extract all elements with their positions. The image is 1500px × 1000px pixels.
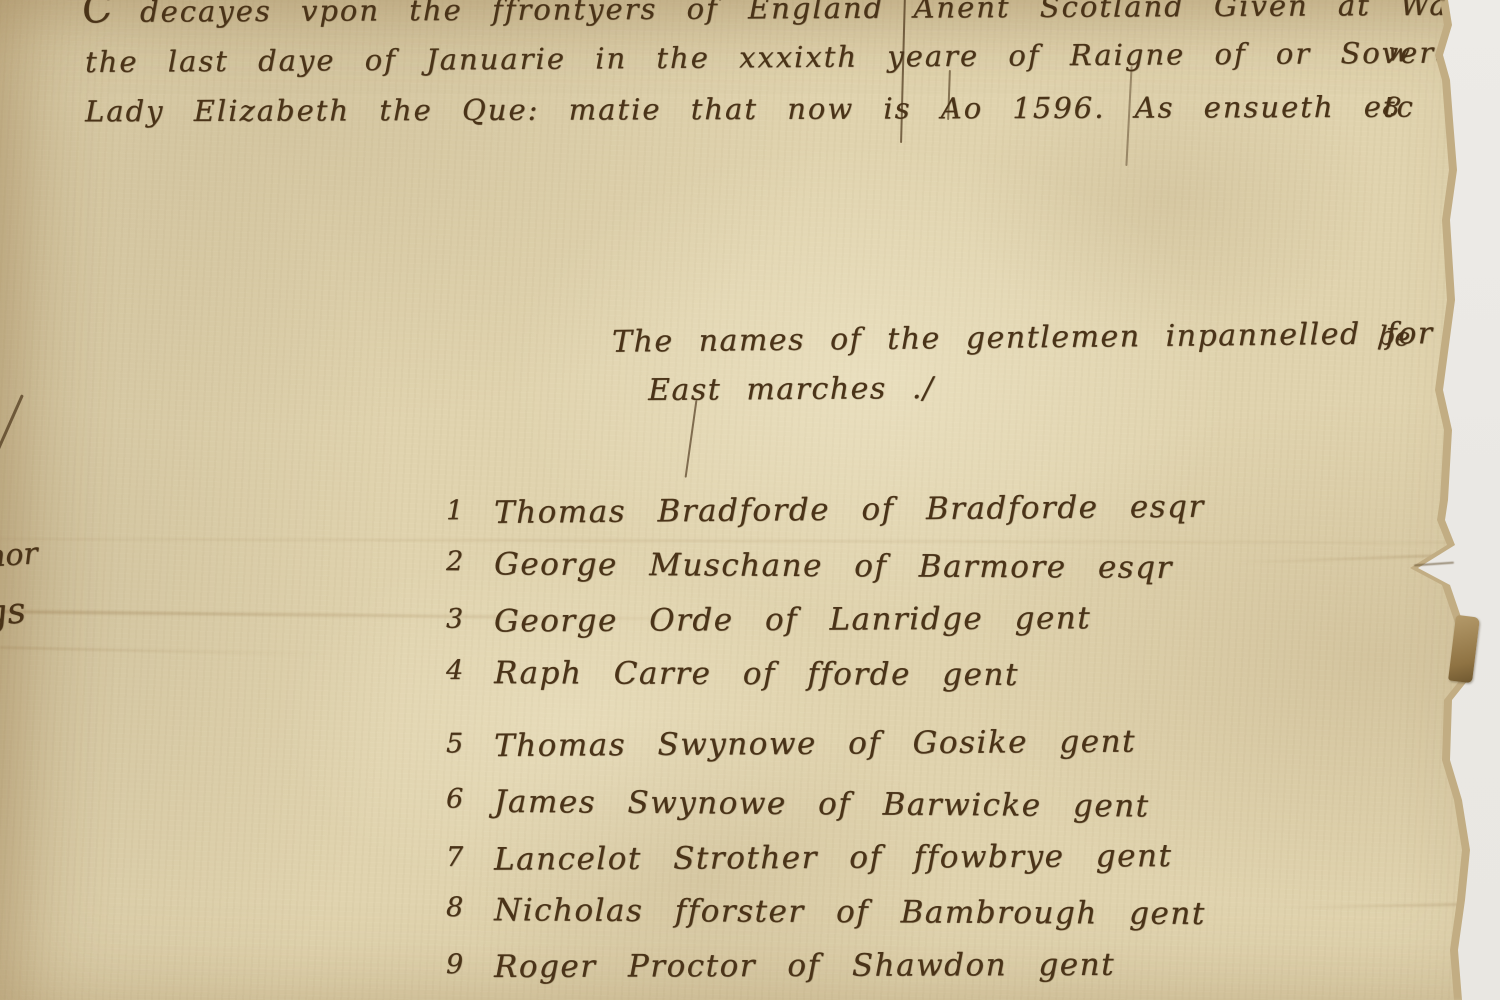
list-heading-line-2: East marches ./ [648, 371, 935, 408]
item-text: George Orde of Lanridge gent [494, 600, 1091, 639]
item-text: George Muschane of Barmore esqr [494, 546, 1173, 586]
item-text: Thomas Swynowe of Gosike gent [494, 724, 1136, 764]
margin-fragment-right: þe [1377, 321, 1411, 353]
item-number: 8 [446, 892, 494, 928]
manuscript-scan: C decayes vpon the ffrontyers of England… [0, 0, 1500, 1000]
item-number: 5 [446, 728, 494, 764]
item-number: 3 [446, 603, 494, 639]
item-number: 6 [446, 784, 494, 820]
list-item: 6 James Swynowe of Barwicke gent [446, 784, 1150, 825]
list-item: 2 George Muschane of Barmore esqr [446, 546, 1173, 586]
item-text: James Swynowe of Barwicke gent [494, 784, 1150, 825]
header-line-3: Lady Elizabeth the Que: matie that now i… [85, 90, 1415, 129]
item-text: Lancelot Strother of ffowbrye gent [494, 838, 1173, 878]
item-text: Raph Carre of fforde gent [494, 655, 1019, 693]
item-number: 1 [446, 495, 494, 531]
item-number: 2 [446, 546, 494, 582]
list-item: 7 Lancelot Strother of ffowbrye gent [446, 838, 1173, 878]
margin-fragment-left: nor [0, 536, 39, 575]
item-text: Thomas Bradforde of Bradforde esqr [494, 489, 1205, 531]
paraph-mark: C [79, 0, 116, 34]
item-text: Roger Proctor of Shawdon gent [494, 947, 1115, 985]
item-text: Nicholas fforster of Bambrough gent [494, 892, 1206, 932]
list-item: 9 Roger Proctor of Shawdon gent [446, 947, 1115, 985]
item-number: 4 [446, 655, 494, 691]
margin-fragment-left: gs [0, 590, 28, 635]
item-number: 9 [446, 949, 494, 985]
list-item: 4 Raph Carre of fforde gent [446, 655, 1019, 693]
list-item: 1 Thomas Bradforde of Bradforde esqr [446, 489, 1205, 532]
list-item: 3 George Orde of Lanridge gent [446, 600, 1091, 639]
list-item: 5 Thomas Swynowe of Gosike gent [446, 724, 1136, 765]
margin-fragment-right: w [1387, 37, 1411, 68]
list-item: 8 Nicholas fforster of Bambrough gent [446, 892, 1206, 932]
item-number: 7 [446, 842, 494, 878]
